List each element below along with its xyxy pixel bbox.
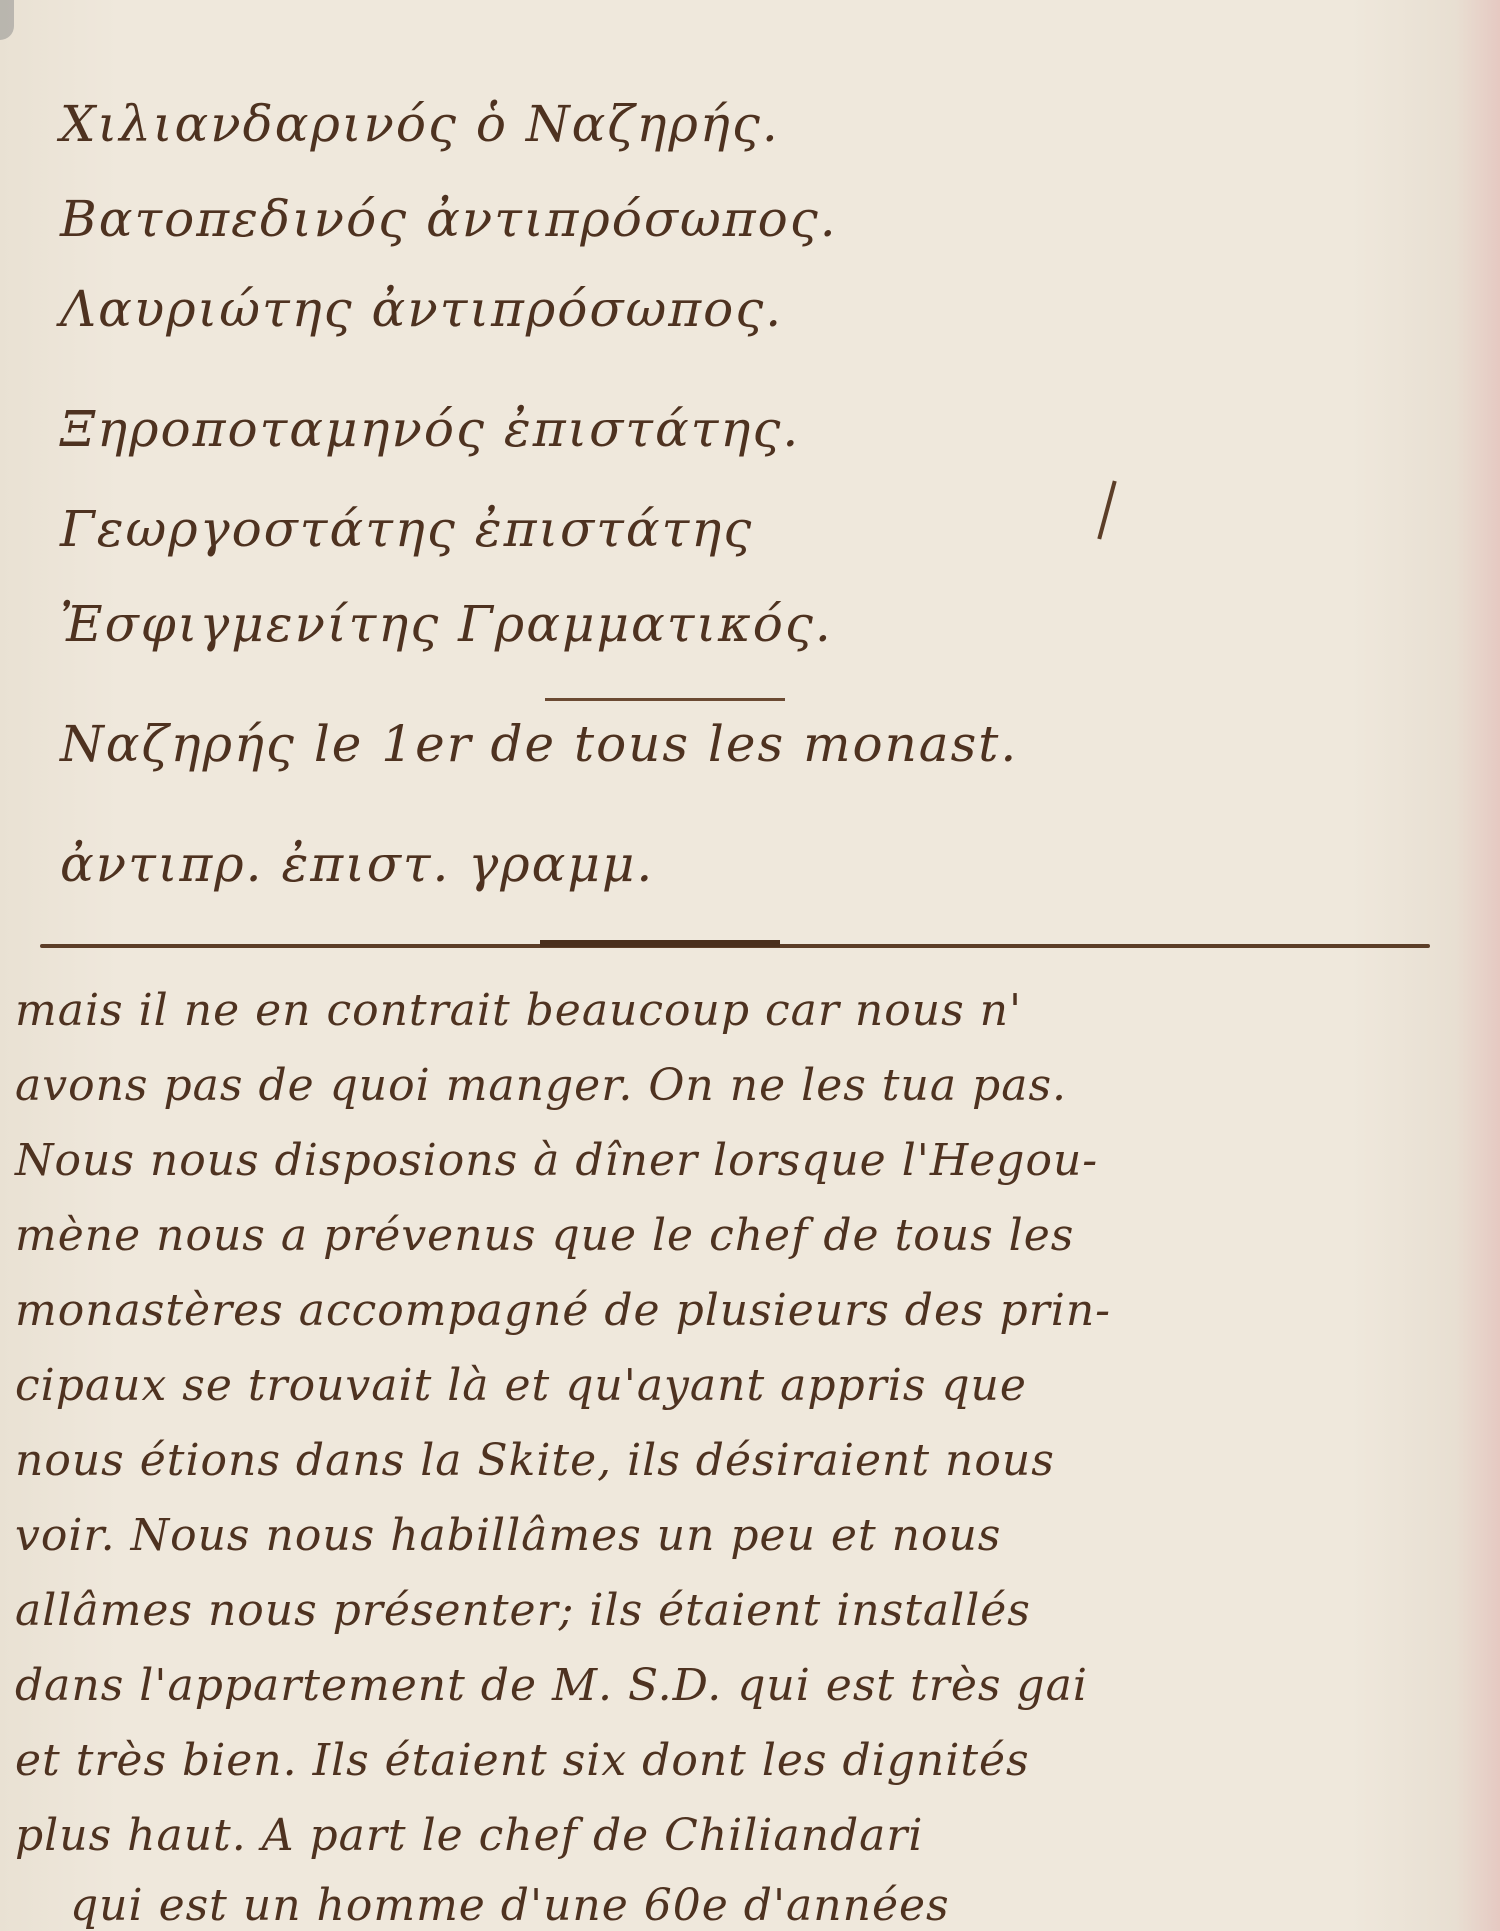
- divider-thick-segment: [540, 940, 780, 947]
- french-line-12: plus haut. A part le chef de Chiliandari: [15, 1810, 923, 1861]
- accent-stroke: [1097, 481, 1116, 540]
- french-line-8: voir. Nous nous habillâmes un peu et nou…: [15, 1510, 1001, 1561]
- greek-line-3: Λαυριώτης ἀντιπρόσωπος.: [60, 280, 783, 338]
- greek-line-6: Ἐσφιγμενίτης Γραμματικός.: [60, 595, 833, 653]
- page-corner-shadow: [0, 0, 14, 40]
- manuscript-page: Χιλιανδαρινός ὁ Ναζηρής. Βατοπεδινός ἀντ…: [0, 0, 1500, 1931]
- french-line-6: cipaux se trouvait là et qu'ayant appris…: [15, 1360, 1027, 1411]
- french-line-1: mais il ne en contrait beaucoup car nous…: [15, 985, 1022, 1036]
- french-line-5: monastères accompagné de plusieurs des p…: [15, 1285, 1111, 1336]
- short-rule: [545, 698, 785, 701]
- greek-line-2: Βατοπεδινός ἀντιπρόσωπος.: [60, 190, 838, 248]
- french-line-7: nous étions dans la Skite, ils désiraien…: [15, 1435, 1055, 1486]
- french-line-13: qui est un homme d'une 60e d'années: [70, 1880, 950, 1931]
- french-line-2: avons pas de quoi manger. On ne les tua …: [15, 1060, 1067, 1111]
- greek-line-4: Ξηροποταμηνός ἐπιστάτης.: [60, 400, 800, 458]
- mixed-line-1: Ναζηρής le 1er de tous les monast.: [60, 715, 1018, 773]
- french-line-11: et très bien. Ils étaient six dont les d…: [15, 1735, 1030, 1786]
- french-line-9: allâmes nous présenter; ils étaient inst…: [15, 1585, 1031, 1636]
- greek-line-1: Χιλιανδαρινός ὁ Ναζηρής.: [60, 95, 780, 153]
- french-line-3: Nous nous disposions à dîner lorsque l'H…: [15, 1135, 1098, 1186]
- french-line-10: dans l'appartement de M. S.D. qui est tr…: [15, 1660, 1088, 1711]
- french-line-4: mène nous a prévenus que le chef de tous…: [15, 1210, 1074, 1261]
- mixed-line-2: ἀντιπρ. ἐπιστ. γραμμ.: [60, 835, 654, 893]
- greek-line-5: Γεωργοστάτης ἐπιστάτης: [60, 500, 753, 558]
